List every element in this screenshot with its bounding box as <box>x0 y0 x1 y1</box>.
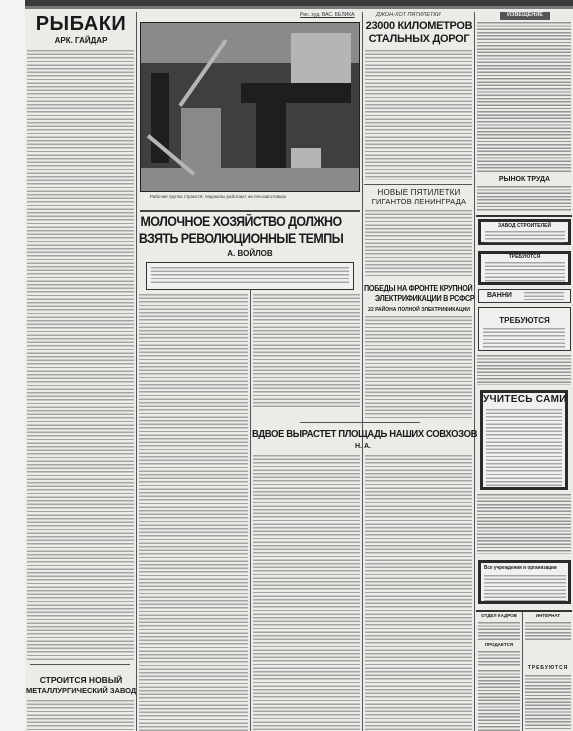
article-body-moloko-col1 <box>139 294 248 731</box>
article-title-rynok: РЫНОК ТРУДА <box>476 176 573 183</box>
column-rule <box>474 12 475 731</box>
ad-small-title-1: ОТДЕЛ КАДРОВ <box>476 614 522 619</box>
ad-title-1: ЗАВОД СТРОИТЕЛЕЙ <box>481 224 568 229</box>
article-body-leningrad <box>365 210 472 276</box>
ad-title-org: Все учреждения и организации <box>483 566 558 572</box>
article-title-leningrad-1: НОВЫЕ ПЯТИЛЕТКИ <box>364 189 474 197</box>
column-rule <box>522 612 523 731</box>
divider <box>300 422 420 423</box>
article-body-rynok <box>477 186 571 212</box>
ad-title-uchites: УЧИТЕСЬ САМИ <box>483 395 565 405</box>
article-body-zavod <box>27 700 134 731</box>
ad-box-4: ТРЕБУЮТСЯ <box>478 307 571 351</box>
article-title-moloko-2: ВЗЯТЬ РЕВОЛЮЦИОННЫЕ ТЕМПЫ <box>138 232 344 246</box>
article-title-zavod-2: МЕТАЛЛУРГИЧЕСКИЙ ЗАВОД <box>26 687 136 695</box>
article-body-sovkhozy-col1 <box>253 455 360 731</box>
ad-box-org: Все учреждения и организации <box>478 560 571 604</box>
notice-body-small <box>477 355 571 385</box>
masthead-rule-thin <box>25 6 573 9</box>
notice-body-izveshchenie <box>477 22 571 172</box>
column-rule <box>136 12 137 731</box>
divider <box>476 215 572 217</box>
ad-small-body-5 <box>525 675 571 731</box>
scan-margin <box>0 0 25 731</box>
article-author-sovkhozy: Н. А. <box>252 443 474 450</box>
article-body-elektrifikatsiya <box>365 316 472 420</box>
illustration-caption: Рабочая группа строится: ледоколы работа… <box>150 194 286 199</box>
ad-title-2: ТРЕБУЮТСЯ <box>481 255 568 260</box>
ad-box-3: ВАННИ <box>478 289 571 303</box>
ad-small-body-2 <box>478 651 520 667</box>
article-title-elektrifikatsiya-2: ЭЛЕКТРИФИКАЦИИ В РСФСР <box>375 295 465 303</box>
notice-body-lower <box>477 494 571 554</box>
ad-small-body-4 <box>525 622 571 640</box>
ad-small-title-4: ТРЕБУЮТСЯ <box>523 666 573 671</box>
article-title-rybaki: РЫБАКИ <box>26 14 136 34</box>
ad-box-2: ТРЕБУЮТСЯ <box>478 251 571 285</box>
divider <box>30 664 130 665</box>
article-title-sovkhozy: ВДВОЕ ВЫРАСТЕТ ПЛОЩАДЬ НАШИХ СОВХОЗОВ <box>252 430 463 440</box>
column-rule <box>250 290 251 731</box>
article-title-elektrifikatsiya-1: ПОБЕДЫ НА ФРОНТЕ КРУПНОЙ <box>364 285 463 293</box>
column-rule <box>362 12 363 731</box>
article-title-moloko-1: МОЛОЧНОЕ ХОЗЯЙСТВО ДОЛЖНО <box>138 215 344 229</box>
article-author-moloko: А. ВОЙЛОВ <box>138 250 362 258</box>
ad-small-body-1 <box>478 622 520 640</box>
newspaper-page: РЫБАКИ АРК. ГАЙДАР СТРОИТСЯ НОВЫЙ МЕТАЛЛ… <box>0 0 573 731</box>
article-title-zavod-1: СТРОИТСЯ НОВЫЙ <box>26 676 136 685</box>
ad-box-uchites: УЧИТЕСЬ САМИ <box>480 390 568 490</box>
ad-small-body-3 <box>478 670 520 731</box>
article-author-rybaki: АРК. ГАЙДАР <box>26 37 136 45</box>
ad-small-title-2: ПРОДАЕТСЯ <box>476 643 522 648</box>
divider <box>140 210 360 212</box>
article-body-dorogi <box>365 50 472 180</box>
article-lede-box <box>146 262 354 290</box>
article-title-leningrad-2: ГИГАНТОВ ЛЕНИНГРАДА <box>364 198 474 206</box>
divider <box>364 184 472 185</box>
article-subtitle-elektrifikatsiya: 22 РАЙОНА ПОЛНОЙ ЭЛЕКТРИФИКАЦИИ <box>364 308 474 313</box>
ad-box-1: ЗАВОД СТРОИТЕЛЕЙ <box>478 219 571 245</box>
article-title-dorogi-1: 23000 КИЛОМЕТРОВ <box>364 21 474 32</box>
ad-title-3: ВАННИ <box>487 292 512 299</box>
notice-title-izveshchenie: ИЗВЕЩЕНИЕ <box>500 12 550 20</box>
illustration-credit: Рис. худ. ВАС. БЕЛИКА <box>300 12 354 18</box>
article-body-sovkhozy-col2 <box>365 455 472 731</box>
ad-small-title-3: ИНТЕРНАТ <box>523 614 573 619</box>
article-kicker-dorogi: ДЖОН-ХОТ ПЯТИЛЕТКИ <box>376 12 441 18</box>
article-body-rybaki <box>27 50 134 660</box>
ad-title-4: ТРЕБУЮТСЯ <box>479 317 570 325</box>
article-title-dorogi-2: СТАЛЬНЫХ ДОРОГ <box>364 34 474 45</box>
article-body-moloko-col2 <box>253 294 360 409</box>
illustration-woodcut <box>140 22 360 192</box>
divider <box>476 610 572 612</box>
